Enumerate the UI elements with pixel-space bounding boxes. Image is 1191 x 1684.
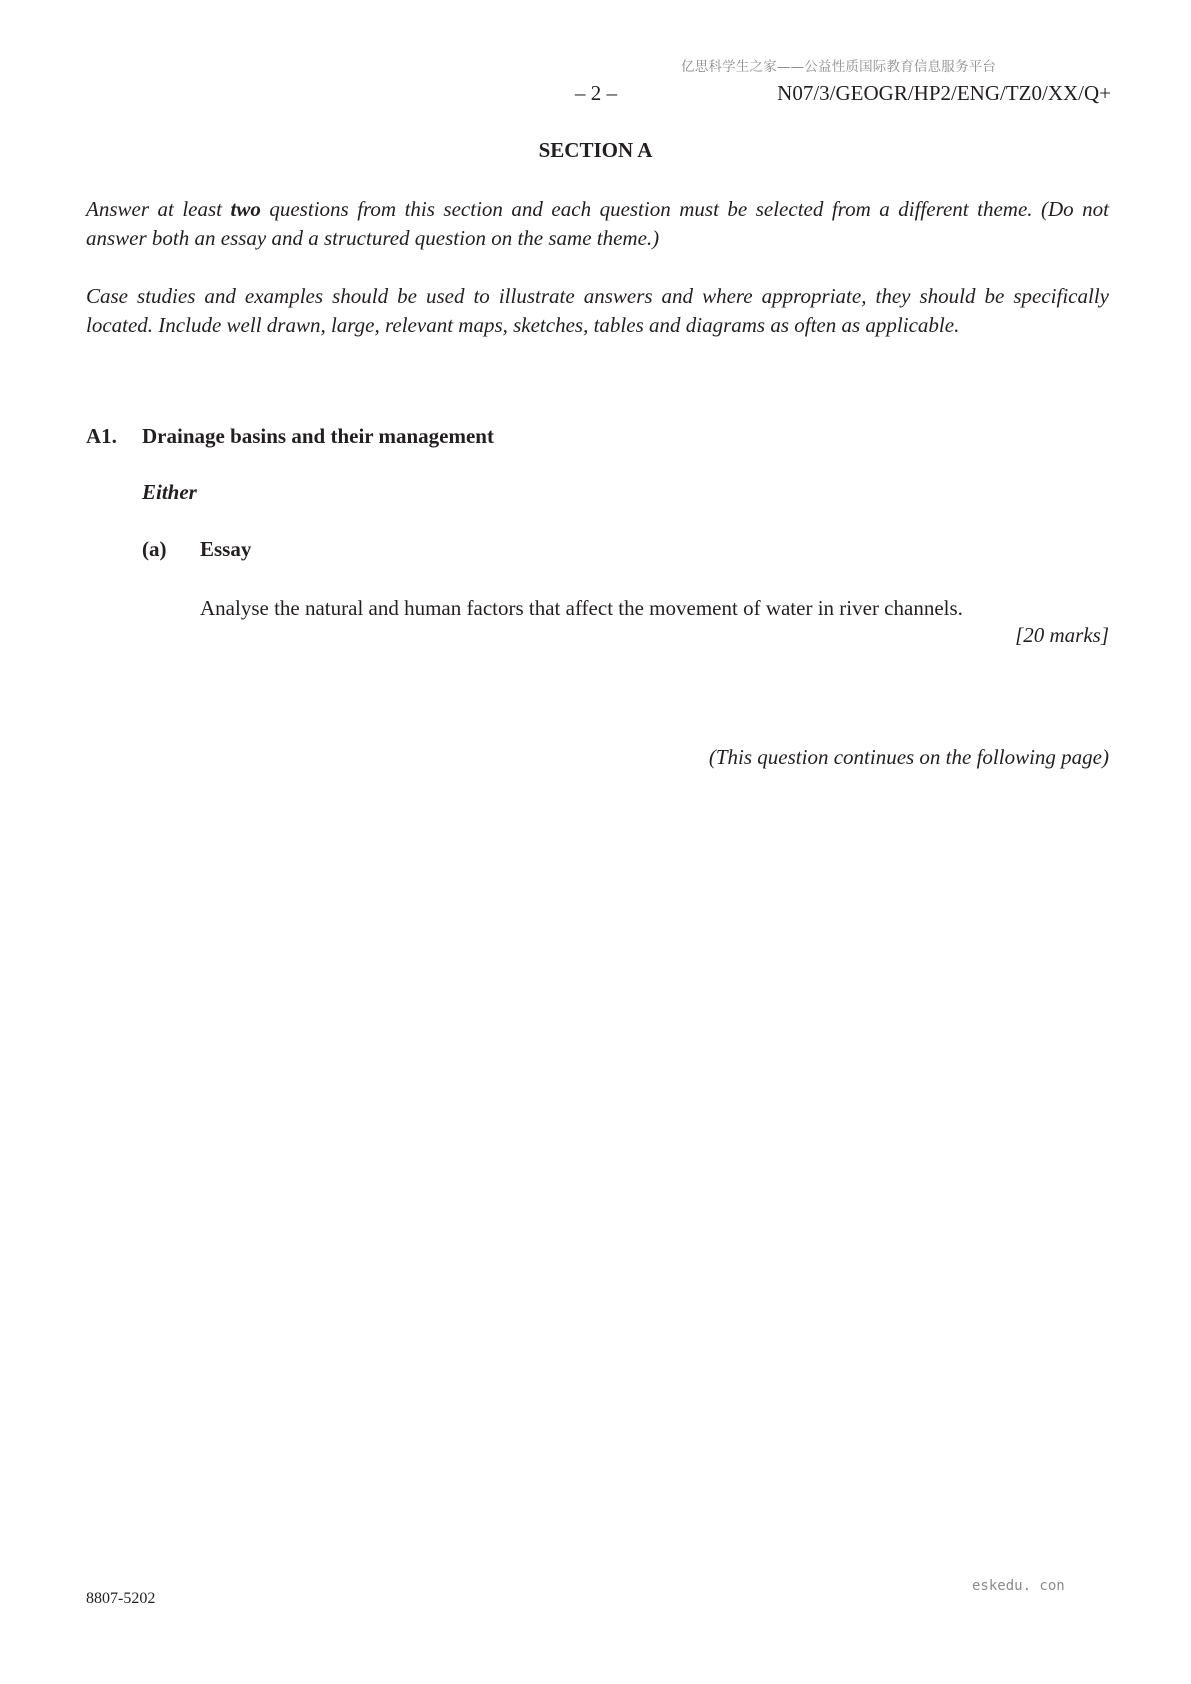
- watermark-header: 亿思科学生之家——公益性质国际教育信息服务平台: [681, 55, 996, 75]
- section-title: SECTION A: [0, 138, 1191, 163]
- either-label: Either: [142, 480, 197, 505]
- watermark-footer: eskedu. con: [972, 1578, 1065, 1594]
- footer-code: 8807-5202: [86, 1590, 155, 1608]
- instructions-emphasis: two: [231, 197, 261, 221]
- document-code: N07/3/GEOGR/HP2/ENG/TZ0/XX/Q+: [777, 81, 1111, 106]
- continues-note: (This question continues on the followin…: [709, 745, 1109, 770]
- question-title: Drainage basins and their management: [142, 424, 494, 449]
- question-text: Analyse the natural and human factors th…: [200, 594, 1000, 623]
- question-number: A1.: [86, 424, 117, 449]
- instructions-paragraph-1: Answer at least two questions from this …: [86, 195, 1109, 253]
- instructions-paragraph-2: Case studies and examples should be used…: [86, 282, 1109, 340]
- instructions-text-a: Answer at least: [86, 197, 231, 221]
- page-number: – 2 –: [575, 81, 617, 106]
- part-label: (a): [142, 537, 167, 562]
- part-title: Essay: [200, 537, 251, 562]
- marks-label: [20 marks]: [1015, 623, 1109, 648]
